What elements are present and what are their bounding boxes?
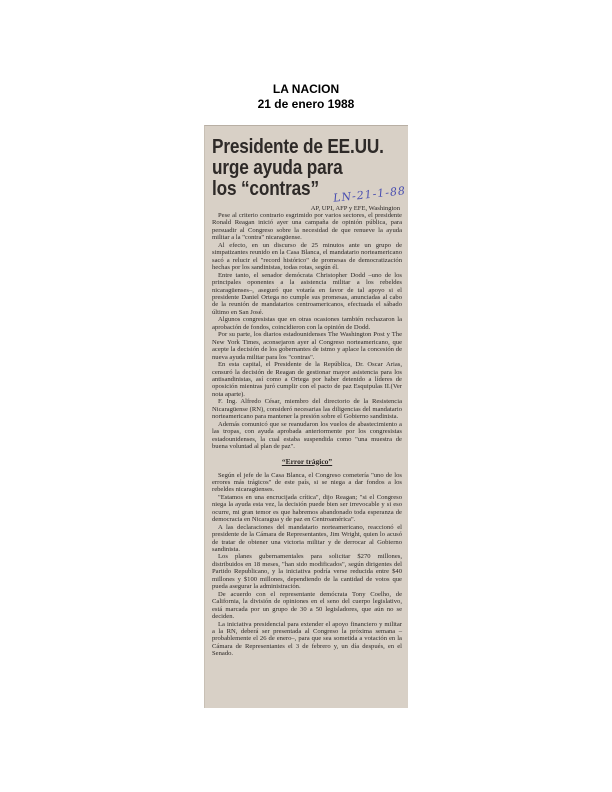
article-dateline: AP, UPI, AFP y EFE, Washington	[212, 205, 402, 212]
headline-line: Presidente de EE.UU.	[212, 136, 405, 157]
headline-line: urge ayuda para	[212, 157, 405, 178]
article-subheading: “Error trágico”	[212, 457, 402, 466]
article-paragraph: Al efecto, en un discurso de 25 minutos …	[212, 242, 402, 272]
newspaper-clipping: Presidente de EE.UU. urge ayuda para los…	[204, 125, 408, 708]
article-paragraph: A las declaraciones del mandatario norte…	[212, 524, 402, 554]
article-body-part2: Según el jefe de la Casa Blanca, el Cong…	[212, 472, 402, 658]
page-header: LA NACION 21 de enero 1988	[0, 82, 612, 112]
article-paragraph: De acuerdo con el representante demócrat…	[212, 591, 402, 621]
article-paragraph: Además comunicó que se reanudaron los vu…	[212, 421, 402, 451]
subheading-text: “Error trágico”	[282, 457, 332, 466]
article-paragraph: Los planes gubernamentales para solicita…	[212, 553, 402, 590]
article-paragraph: Según el jefe de la Casa Blanca, el Cong…	[212, 472, 402, 494]
article-paragraph: La iniciativa presidencial para extender…	[212, 621, 402, 658]
article-paragraph: En esta capital, el Presidente de la Rep…	[212, 361, 402, 398]
article-paragraph: Entre tanto, el senador demócrata Christ…	[212, 272, 402, 317]
publication-date: 21 de enero 1988	[0, 97, 612, 112]
article-paragraph: Algunos congresistas que en otras ocasio…	[212, 316, 402, 331]
article-paragraph: F. Ing. Alfredo César, miembro del direc…	[212, 398, 402, 420]
publication-name: LA NACION	[0, 82, 612, 97]
article-paragraph: "Estamos en una encrucijada crítica", di…	[212, 494, 402, 524]
article-body-part1: Pese al criterio contrario esgrimido por…	[212, 212, 402, 451]
article-paragraph: Pese al criterio contrario esgrimido por…	[212, 212, 402, 242]
article-paragraph: Por su parte, los diarios estadounidense…	[212, 331, 402, 361]
